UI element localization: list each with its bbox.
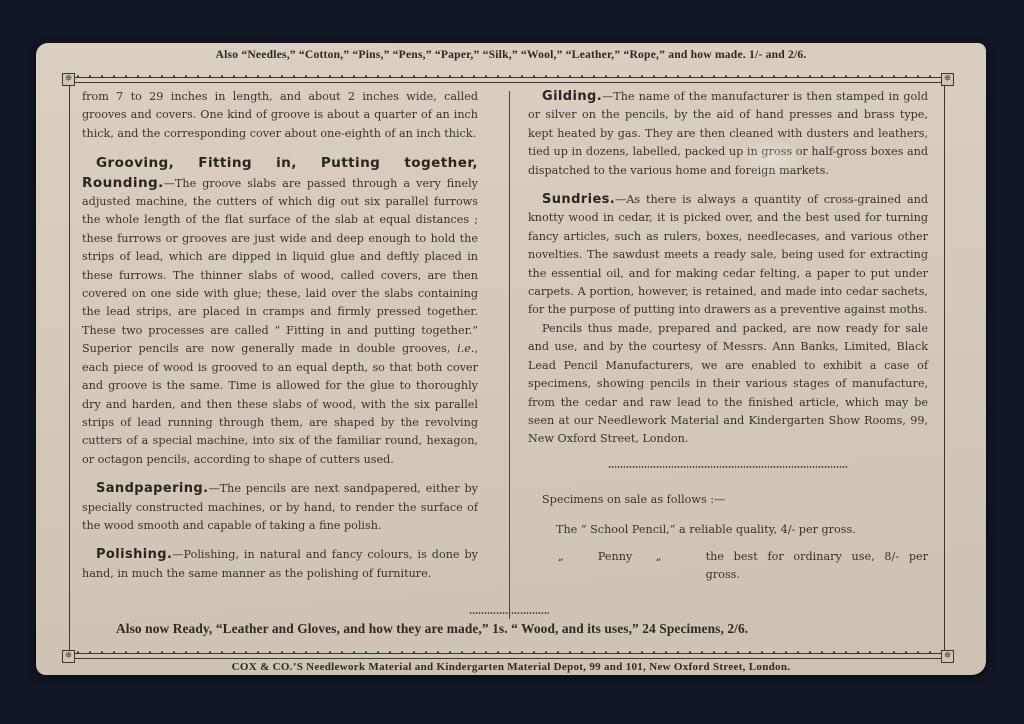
right-rule [944,85,947,651]
specimen-item: The “ School Pencil,” a reliable quality… [528,521,928,539]
section-grooving: Grooving, Fitting in, Putting together, … [82,154,478,469]
footer-imprint: COX & CO.’S Needlework Material and Kind… [36,661,986,673]
corner-ornament-icon: ✵ [62,73,75,86]
top-beaded-rule [72,77,944,83]
ornamental-frame: ✵ ✵ ✵ ✵ from 7 to 29 inches in length, a… [62,73,954,663]
section-sandpapering: Sandpapering.—The pencils are next sandp… [82,480,478,535]
section-gilding: Gilding.—The name of the manufacturer is… [528,88,928,180]
header-advert-line: Also “Needles,” “Cotton,” “Pins,” “Pens,… [36,48,986,61]
section-heading: Sundries. [542,192,615,207]
intro-paragraph: from 7 to 29 inches in length, and about… [82,88,478,143]
section-heading: Sandpapering. [96,481,208,496]
specimens-intro: Specimens on sale as follows :— [528,491,928,509]
section-heading: Gilding. [542,89,602,104]
left-column: from 7 to 29 inches in length, and about… [82,88,478,583]
specimen-prefix: The [556,521,577,539]
right-column: Gilding.—The name of the manufacturer is… [528,88,928,584]
italic-abbreviation: i.e. [457,342,474,355]
section-polishing: Polishing.—Polishing, in natural and fan… [82,546,478,583]
specimen-price: the best for ordinary use, 8/- per gross… [706,548,928,585]
ditto-mark: „ [558,548,598,585]
decorative-separator [608,465,848,469]
column-divider [509,91,510,619]
section-body: —As there is always a quantity of cross-… [528,193,928,316]
decorative-separator-small [469,611,549,615]
bottom-advert-line: Also now Ready, “Leather and Gloves, and… [88,621,928,637]
printed-card: Also “Needles,” “Cotton,” “Pins,” “Pens,… [36,43,986,675]
corner-ornament-icon: ✵ [941,73,954,86]
section-body-cont: , each piece of wood is grooved to an eq… [82,342,478,465]
specimen-item: „Penny„the best for ordinary use, 8/- pe… [528,548,928,585]
left-rule [69,85,72,651]
ditto-mark: „ [656,548,706,585]
closing-paragraph: Pencils thus made, prepared and packed, … [528,320,928,449]
section-heading: Polishing. [96,547,172,562]
specimen-list: The “ School Pencil,” a reliable quality… [528,521,928,584]
bottom-beaded-rule [72,653,944,659]
section-sundries: Sundries.—As there is always a quantity … [528,191,928,320]
specimen-price: a reliable quality, 4/- per gross. [679,521,856,539]
specimen-name: “ School Pencil,” [581,521,676,539]
section-body: —The groove slabs are passed through a v… [82,177,478,356]
specimen-name: Penny [598,548,656,585]
